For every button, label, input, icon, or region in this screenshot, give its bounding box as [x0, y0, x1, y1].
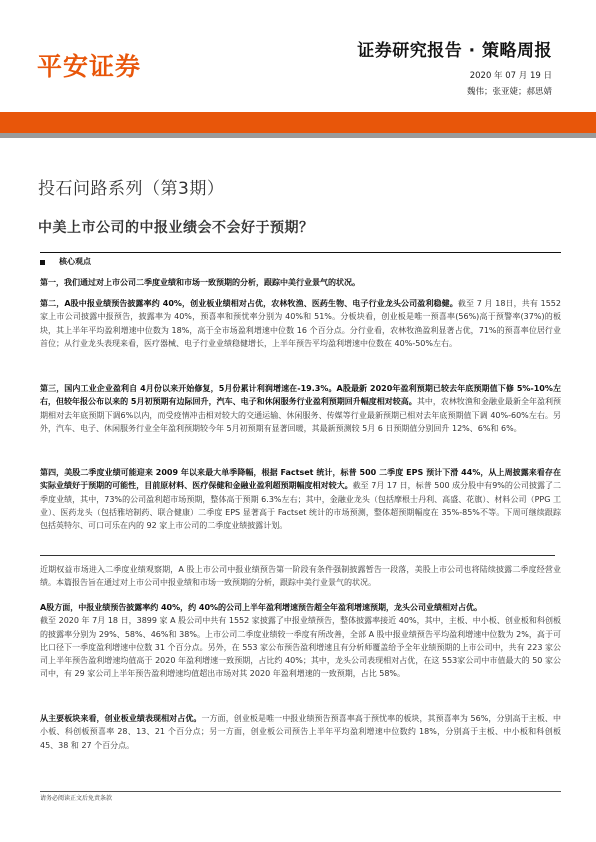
report-type: 证券研究报告 · 策略周报: [357, 40, 552, 62]
authors: 魏伟；张亚婕；郝思婧: [467, 86, 552, 98]
section-a-paragraph: A股方面，中报业绩预告披露率约 40%，约 40%的公司上半年盈利增速预告超全年…: [40, 601, 561, 681]
divider-title: [40, 252, 561, 253]
square-bullet-icon: [40, 260, 45, 265]
core-point-2-bold: 第二，A股中报业绩预告披露率约 40%，创业板业绩相对占优，农林牧渔、医药生物、…: [40, 299, 458, 308]
core-point-2: 第二，A股中报业绩预告披露率约 40%，创业板业绩相对占优，农林牧渔、医药生物、…: [40, 297, 561, 350]
section-a-bold: A股方面，中报业绩预告披露率约 40%，约 40%的公司上半年盈利增速预告超全年…: [40, 603, 482, 612]
core-views-heading: 核心观点: [40, 256, 91, 268]
section-a-text: 截至 2020 年 7月 18 日，3899 家 A 股公司中共有 1552 家…: [40, 616, 561, 678]
brand-logo: 平安证券: [37, 53, 141, 81]
divider-summary: [40, 555, 555, 556]
core-point-1: 第一，我们通过对上市公司二季度业绩和市场一致预期的分析，跟踪中美行业景气的状况。: [40, 276, 561, 289]
core-point-4: 第四，美股二季度业绩可能迎来 2009 年以来最大单季降幅，根据 Factset…: [40, 466, 561, 532]
header-banner-gray: [0, 133, 596, 138]
section-b-bold: 从主要板块来看，创业板业绩表现相对占优。: [40, 714, 201, 723]
main-title: 中美上市公司的中报业绩会不会好于预期？: [38, 219, 314, 237]
section-b-paragraph: 从主要板块来看，创业板业绩表现相对占优。一方面，创业板是唯一中报业绩预告预喜率高…: [40, 712, 561, 752]
core-point-1-bold: 第一，我们通过对上市公司二季度业绩和市场一致预期的分析，跟踪中美行业景气的状况。: [40, 278, 360, 287]
header-banner-orange: [0, 112, 596, 133]
divider-footer: [40, 791, 561, 792]
core-views-heading-label: 核心观点: [59, 256, 91, 268]
footer-disclaimer: 请务必阅读正文后免责条款: [40, 794, 112, 803]
intro-text: 近期权益市场进入二季度业绩观察期，A 股上市公司中报业绩预告第一阶段有条件强制披…: [40, 565, 561, 587]
report-date: 2020 年 07 月 19 日: [470, 70, 552, 82]
intro-paragraph: 近期权益市场进入二季度业绩观察期，A 股上市公司中报业绩预告第一阶段有条件强制披…: [40, 563, 561, 590]
core-point-3: 第三，国内工业企业盈利自 4月份以来开始修复，5月份累计利润增速在-19.3%。…: [40, 382, 561, 435]
series-title: 投石问路系列（第3期）: [38, 178, 224, 200]
